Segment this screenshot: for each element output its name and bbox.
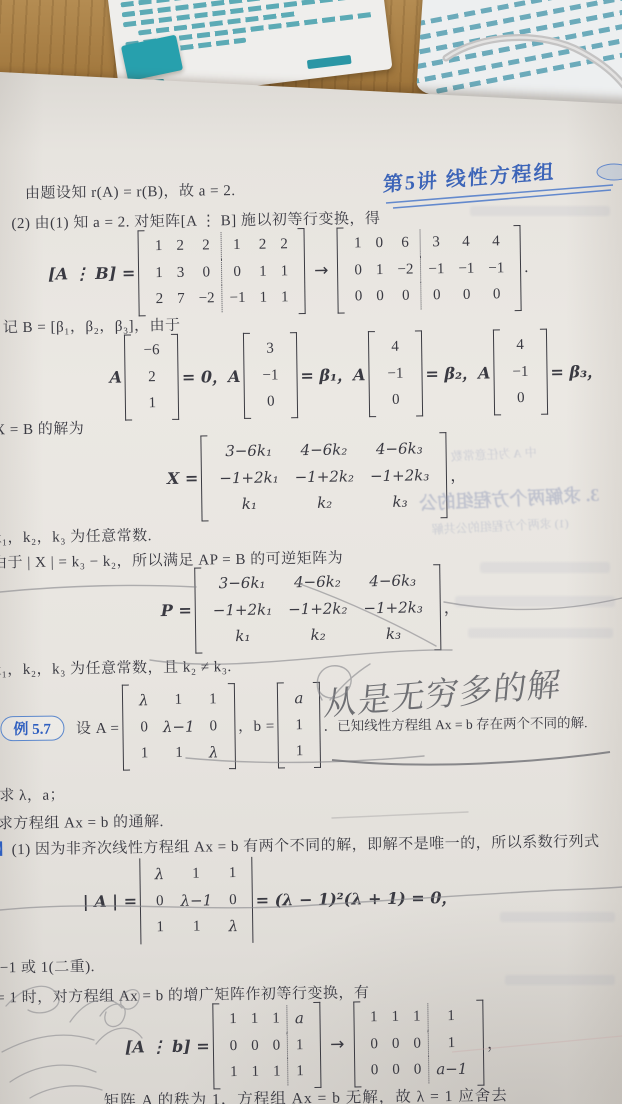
showthrough-text: (1) 求两个方程组的公共解 (431, 514, 569, 538)
matrix-cell: 1 (406, 1003, 428, 1030)
text-line-17: −1 或 1(二重). (0, 955, 95, 977)
matrix-cell: k₂ (287, 489, 363, 517)
matrix-cell: −6 (134, 337, 168, 364)
matrix-cell: 1 (172, 860, 220, 887)
matrix-label-Ab: [A ⋮ b] = (125, 1037, 210, 1057)
matrix-bracket-right (540, 329, 548, 415)
matrix-cell: 4−6k₂ (286, 436, 362, 464)
matrix-cell: 0 (406, 1030, 428, 1057)
text-line-8: k₁，k₂，k₃ 为任意常数. (0, 524, 152, 547)
equation-beta-columns: A −621 = 0，A 3−10 = β₁，A 4−10 = β₂，A 4−1… (109, 328, 604, 420)
math-eq0: = 0，A (182, 364, 241, 388)
matrix-label-P: P = (161, 601, 192, 620)
vector-beta2: 4−10 (368, 330, 423, 416)
matrix-cell: 4 (503, 332, 537, 359)
matrix-cell: 0 (254, 388, 288, 415)
matrix-cell: −1 (420, 256, 451, 283)
matrix-cell: 1 (287, 1058, 311, 1085)
matrix-cell: 0 (379, 387, 413, 414)
vector-beta1: 3−10 (243, 332, 298, 418)
matrix-AB-before: 12212213001127−2−111 (138, 228, 306, 316)
matrix-cell: 0 (221, 258, 252, 285)
matrix-cell: 1 (287, 1032, 311, 1059)
matrix-cell: −1+2k₂ (280, 595, 356, 623)
matrix-cell: 3 (420, 229, 451, 256)
matrix-cell: 0 (201, 713, 225, 740)
matrix-cell: 0 (369, 283, 391, 310)
matrix-cell: 0 (452, 282, 482, 309)
matrix-A-example: λ110λ−1011λ (122, 683, 236, 770)
vector-b-example: a11 (277, 682, 321, 768)
matrix-X: 3−6k₁4−6k₂4−6k₃−1+2k₁−1+2k₂−1+2k₃k₁k₂k₃ (201, 432, 448, 521)
matrix-cell: −1+2k₁ (205, 596, 281, 624)
text-line-6: X = B 的解为 (0, 417, 84, 439)
text-line-1: 由题设知 r(A) = r(B)，故 a = 2. (25, 179, 236, 203)
matrix-cell: λ (202, 739, 226, 766)
matrix-cell: 4−6k₃ (361, 435, 437, 463)
matrix-cell: 1 (148, 259, 170, 286)
math-eqb3: = β₃， (550, 359, 603, 383)
matrix-cell: 4−6k₃ (355, 567, 431, 595)
text-line-13: 求 λ，a； (0, 783, 65, 805)
matrix-cell: 1 (252, 258, 274, 285)
matrix-P: 3−6k₁4−6k₂4−6k₃−1+2k₁−1+2k₂−1+2k₃k₁k₂k₃ (194, 564, 441, 653)
matrix-cell: 1 (288, 738, 311, 765)
matrix-cell: 1 (347, 230, 369, 257)
matrix-cell: 1 (252, 284, 274, 311)
matrix-cell: 1 (427, 1003, 473, 1030)
matrix-cell: λ (132, 687, 156, 714)
matrix-cell: a (287, 685, 310, 712)
matrix-cell: −1+2k₁ (211, 464, 287, 492)
matrix-cell: 0 (191, 259, 221, 286)
matrix-label-X: X = (167, 469, 199, 488)
equation-augmented-Ab: [A ⋮ b] = 111a00011111 → 11110001000a−1 … (124, 999, 503, 1090)
matrix-cell: 1 (135, 390, 169, 417)
solution-bracket: 】 (0, 842, 12, 858)
matrix-label-AB: [A ⋮ B] = (48, 264, 135, 284)
matrix-bracket-right (227, 683, 235, 769)
matrix-bracket-right (248, 857, 253, 943)
matrix-cell: 1 (220, 860, 246, 887)
math-A: A (109, 368, 122, 387)
matrix-cell: 6 (390, 229, 420, 256)
matrix-cell: 1 (274, 258, 296, 285)
matrix-cell: 0 (407, 1056, 429, 1083)
matrix-cell: 0 (363, 1031, 385, 1058)
matrix-cell: 3 (170, 259, 192, 286)
matrix-cell: −1 (451, 255, 481, 282)
matrix-cell: k₃ (356, 620, 432, 648)
matrix-cell: 0 (132, 714, 156, 741)
math-eqb1: = β₁，A (300, 362, 365, 386)
text-set-A: 设 A = (76, 717, 120, 739)
matrix-cell: 0 (348, 283, 370, 310)
matrix-Ab-before: 111a00011111 (212, 1002, 322, 1089)
matrix-cell: 0 (391, 282, 421, 309)
lecture-header: 第5讲 线性方程组 (383, 155, 556, 197)
matrix-cell: 3−6k₁ (211, 437, 287, 465)
matrix-cell: −1+2k₃ (355, 594, 431, 622)
text-line-15: 】(1) 因为非齐次线性方程组 Ax = b 有两个不同的解，即解不是唯一的，所… (0, 830, 600, 859)
matrix-cell: 2 (252, 231, 274, 258)
example-badge: 例 5.7 (0, 716, 64, 742)
matrix-cell: 0 (385, 1057, 407, 1084)
comma: ， (450, 463, 466, 486)
row-reduce-arrow: → (324, 1034, 351, 1054)
matrix-bracket-right (476, 1000, 484, 1086)
matrix-bracket-right (290, 332, 298, 418)
det-result: = (λ − 1)²(λ + 1) = 0， (256, 885, 458, 911)
det-label: | A | = (83, 892, 137, 912)
matrix-cell: 4 (481, 228, 511, 255)
matrix-cell: 1 (133, 740, 157, 767)
matrix-cell: 1 (221, 232, 252, 259)
text-line-15-body: (1) 因为非齐次线性方程组 Ax = b 有两个不同的解，即解不是唯一的，所以… (12, 834, 600, 858)
matrix-AB-after: 10634401−2−1−1−1000000 (337, 225, 522, 313)
matrix-cell: 0 (347, 257, 369, 284)
matrix-cell: 0 (482, 281, 512, 308)
matrix-cell: 4 (378, 334, 412, 361)
matrix-bracket-right (514, 225, 522, 311)
matrix-cell: 0 (223, 1032, 245, 1059)
comma: ， (444, 595, 460, 618)
matrix-Ab-after: 11110001000a−1 (353, 1000, 485, 1087)
matrix-cell: −1 (481, 255, 511, 282)
matrix-cell: 1 (288, 712, 311, 739)
equation-P-matrix: P = 3−6k₁4−6k₂4−6k₃−1+2k₁−1+2k₂−1+2k₃k₁k… (160, 564, 460, 654)
matrix-cell: 1 (369, 256, 391, 283)
determinant-A: λ110λ−1011λ (139, 857, 253, 944)
matrix-cell: 2 (191, 232, 221, 259)
matrix-cell: 1 (266, 1058, 288, 1085)
matrix-bracket-right (171, 334, 179, 420)
matrix-cell: 2 (273, 231, 295, 258)
matrix-cell: 1 (244, 1059, 266, 1086)
matrix-cell: −1 (378, 360, 412, 387)
matrix-cell: 1 (156, 740, 202, 767)
matrix-bracket-right (415, 330, 423, 416)
matrix-cell: 0 (421, 282, 452, 309)
matrix-cell: 1 (244, 1006, 266, 1033)
matrix-cell: k₂ (280, 621, 356, 649)
matrix-cell: 1 (274, 284, 296, 311)
matrix-cell: 0 (244, 1032, 266, 1059)
matrix-cell: 0 (147, 887, 173, 914)
math-eqb2: = β₂，A (425, 361, 490, 385)
matrix-bracket-right (314, 1002, 322, 1088)
matrix-bracket-right (313, 682, 321, 768)
matrix-cell: 3−6k₁ (204, 569, 280, 597)
matrix-cell: a−1 (428, 1056, 474, 1083)
matrix-cell: 1 (222, 1006, 244, 1033)
matrix-cell: 1 (265, 1005, 287, 1032)
matrix-cell: λ (220, 913, 246, 940)
matrix-cell: 0 (220, 886, 246, 913)
matrix-cell: −1 (503, 358, 537, 385)
matrix-cell: λ (146, 861, 172, 888)
matrix-cell: 1 (173, 913, 221, 940)
matrix-cell: 2 (169, 233, 191, 260)
matrix-cell: k₁ (212, 490, 288, 518)
matrix-cell: 1 (363, 1004, 385, 1031)
matrix-cell: 2 (148, 286, 170, 313)
matrix-cell: 1 (428, 1029, 474, 1056)
matrix-cell: 1 (155, 687, 201, 714)
page-content: 第5讲 线性方程组 由题设知 r(A) = r(B)，故 a = 2. (2) … (0, 0, 622, 1104)
matrix-cell: 0 (266, 1032, 288, 1059)
matrix-cell: 7 (170, 286, 192, 313)
matrix-cell: 0 (368, 230, 390, 257)
matrix-cell: k₁ (205, 622, 281, 650)
matrix-cell: λ−1 (172, 887, 220, 914)
matrix-cell: 0 (504, 385, 538, 412)
vector-beta3: 4−10 (493, 329, 548, 415)
matrix-bracket-right (433, 564, 441, 650)
matrix-cell: 0 (364, 1057, 386, 1084)
text-b-eq: ，b = (238, 715, 275, 737)
matrix-cell: 1 (201, 686, 225, 713)
text-line-11: k₁，k₂，k₃ 为任意常数，且 k₂ ≠ k₃. (0, 655, 232, 679)
matrix-cell: −1 (253, 362, 287, 389)
comma: ， (487, 1031, 503, 1054)
matrix-cell: −1+2k₂ (286, 463, 362, 491)
matrix-cell: 4−6k₂ (280, 568, 356, 596)
row-reduce-arrow: → (308, 260, 335, 280)
matrix-cell: 1 (384, 1004, 406, 1031)
matrix-cell: 0 (385, 1030, 407, 1057)
showthrough-text: 中 A 为任意常数 (450, 443, 537, 464)
period: . (524, 259, 528, 277)
matrix-cell: 4 (451, 229, 481, 256)
matrix-cell: 1 (148, 233, 170, 260)
matrix-cell: λ−1 (156, 713, 202, 740)
matrix-cell: 1 (147, 914, 173, 941)
matrix-cell: 3 (253, 335, 287, 362)
matrix-cell: −2 (191, 285, 221, 312)
vector-null: −621 (124, 334, 179, 420)
matrix-cell: −2 (390, 256, 420, 283)
matrix-cell: −1 (221, 285, 252, 312)
equation-augmented-AB: [A ⋮ B] = 12212213001127−2−111 → 1063440… (48, 225, 529, 317)
matrix-cell: 1 (223, 1059, 245, 1086)
equation-determinant: | A | = λ110λ−1011λ = (λ − 1)²(λ + 1) = … (82, 854, 458, 945)
text-line-14: 求方程组 Ax = b 的通解. (0, 810, 164, 833)
matrix-bracket-right (298, 228, 306, 314)
matrix-cell: a (287, 1005, 311, 1032)
matrix-cell: −1+2k₃ (362, 462, 438, 490)
matrix-cell: 2 (135, 363, 169, 390)
